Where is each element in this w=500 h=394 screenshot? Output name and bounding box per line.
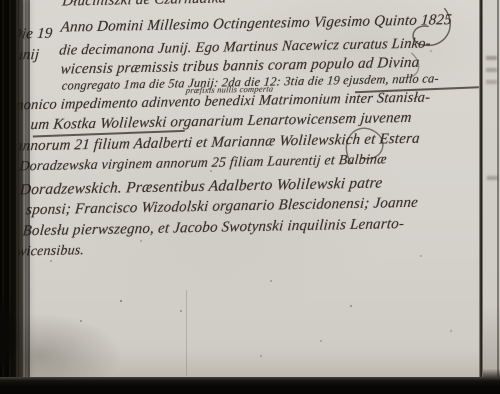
manuscript-line: sponsi; Francisco Wizodolski organario B… xyxy=(25,195,418,220)
scanned-register-page: Dłuciniszki de Czarnualka Die 19 Junij A… xyxy=(0,0,500,394)
page-bottom-edge xyxy=(0,377,500,394)
manuscript-line: Doradzewska virginem annorum 25 filiam L… xyxy=(19,152,388,175)
manuscript-header-line: Dłuciniszki de Czarnualka xyxy=(61,0,227,11)
binding-dark-blot xyxy=(0,292,22,380)
manuscript-line: Bolesłu pierwszegno, et Jacobo Swotynski… xyxy=(22,216,405,240)
manuscript-line: um Kostka Wolilewski organarium Lenartow… xyxy=(30,110,412,134)
handwriting-layer: Dłuciniszki de Czarnualka Die 19 Junij A… xyxy=(0,0,500,379)
manuscript-line: Anno Domini Millesimo Octingentesimo Vig… xyxy=(60,12,452,37)
